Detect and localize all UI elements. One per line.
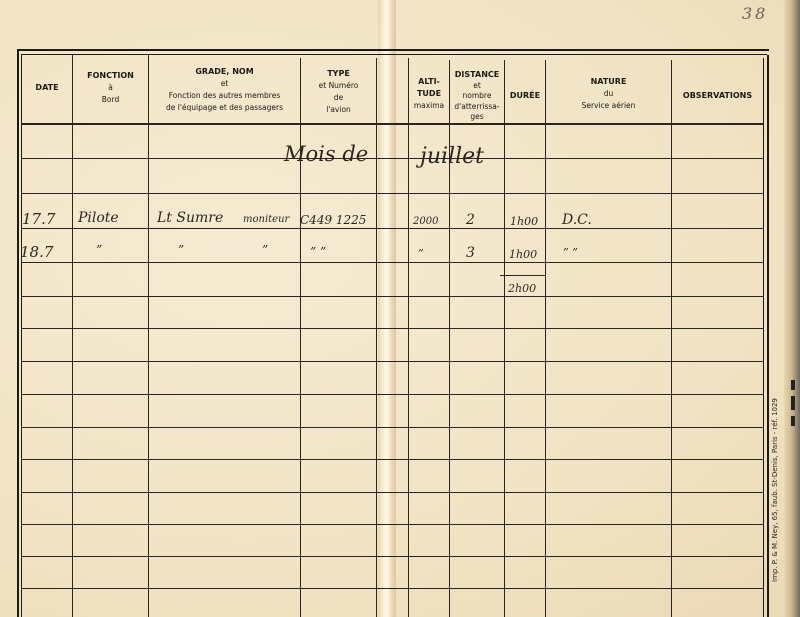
month-heading-left: Mois de	[284, 142, 368, 166]
header-fonction-line: Bord	[73, 94, 148, 106]
header-altitude-line: TUDE	[409, 88, 449, 100]
header-grade: GRADE, NOM et Fonction des autres membre…	[149, 66, 300, 114]
row-line	[22, 556, 763, 557]
header-altitude: ALTI- TUDE maxima	[409, 76, 449, 112]
book-edge	[784, 0, 800, 617]
header-type-line: de	[301, 92, 376, 104]
row1-duree: 1h00	[510, 215, 538, 228]
header-type-line: l'avion	[301, 104, 376, 116]
row-line	[22, 361, 763, 362]
row1-grade-fonction: moniteur	[243, 214, 289, 225]
row1-distance: 2	[466, 212, 475, 228]
total-underline	[500, 275, 546, 276]
frame-right	[767, 55, 769, 617]
row2-altitude: ”	[418, 247, 424, 260]
col-line-duree	[545, 60, 546, 617]
row1-date: 17.7	[22, 210, 55, 228]
row-line	[22, 492, 763, 493]
header-nature-line: NATURE	[546, 76, 671, 88]
row2-date: 18.7	[20, 243, 53, 261]
header-grade-line: GRADE, NOM	[149, 66, 300, 78]
row-line	[22, 296, 763, 297]
col-line-fonction	[148, 55, 149, 617]
row-line	[22, 228, 763, 229]
header-type-line: et Numéro	[301, 80, 376, 92]
col-line-gutter	[408, 58, 409, 617]
header-nature-line: Service aérien	[546, 100, 671, 112]
row-line	[22, 394, 763, 395]
header-fonction-line: à	[73, 82, 148, 94]
row-line	[22, 459, 763, 460]
row-line	[22, 193, 763, 194]
header-type: TYPE et Numéro de l'avion	[301, 68, 376, 116]
frame-left	[17, 49, 19, 617]
row-line	[22, 262, 763, 263]
header-distance-line: d'atterrissa-	[450, 102, 504, 113]
row2-grade-fonction: ”	[262, 243, 268, 257]
frame-left-inner	[21, 54, 22, 617]
header-date-label: DATE	[35, 83, 58, 92]
header-altitude-line: ALTI-	[409, 76, 449, 88]
header-distance-line: et	[450, 81, 504, 92]
header-fonction-line: FONCTION	[73, 70, 148, 82]
header-distance: DISTANCE et nombre d'atterrissa- ges	[450, 70, 504, 123]
frame-top	[17, 49, 769, 51]
row-line	[22, 588, 763, 589]
col-line-date	[72, 55, 73, 617]
header-rule	[22, 123, 763, 125]
row2-nature: ” ”	[563, 246, 578, 259]
row-line	[22, 524, 763, 525]
col-line-distance	[504, 60, 505, 617]
row2-grade-nom: ”	[178, 243, 184, 257]
header-fonction: FONCTION à Bord	[73, 70, 148, 106]
row-line	[22, 328, 763, 329]
header-distance-line: nombre	[450, 91, 504, 102]
header-nature: NATURE du Service aérien	[546, 76, 671, 112]
header-altitude-line: maxima	[409, 100, 449, 112]
logbook-spread: 38 DATE FONCTION à Bord GRADE, NOM et Fo…	[0, 0, 800, 617]
header-grade-line: de l'équipage et des passagers	[149, 102, 300, 114]
header-duree-label: DURÉE	[510, 91, 540, 100]
row2-type: ” ”	[310, 245, 326, 259]
row1-nature: D.C.	[562, 212, 592, 228]
col-line-type	[376, 58, 377, 617]
row-line	[22, 427, 763, 428]
frame-right-inner	[763, 58, 764, 617]
month-heading-right: juillet	[420, 144, 484, 169]
row2-fonction: ”	[96, 243, 102, 257]
row1-fonction: Pilote	[78, 210, 119, 226]
header-date: DATE	[22, 82, 72, 94]
row2-distance: 3	[466, 245, 475, 261]
printer-imprint: Imp. P. & M. Ney, 65, faub. St-Denis, Pa…	[771, 398, 779, 582]
header-observations: OBSERVATIONS	[672, 90, 763, 102]
row1-type: C449 1225	[300, 213, 366, 227]
row2-duree: 1h00	[509, 248, 537, 261]
header-grade-line: et	[149, 78, 300, 90]
row-line	[22, 158, 763, 159]
header-distance-line: ges	[450, 112, 504, 123]
header-grade-line: Fonction des autres membres	[149, 90, 300, 102]
total-duree: 2h00	[508, 282, 536, 295]
page-number: 38	[742, 4, 768, 23]
header-nature-line: du	[546, 88, 671, 100]
col-line-nature	[671, 60, 672, 617]
header-type-line: TYPE	[301, 68, 376, 80]
header-observations-label: OBSERVATIONS	[683, 91, 752, 100]
header-duree: DURÉE	[505, 90, 545, 102]
row1-altitude: 2000	[413, 216, 438, 227]
row1-grade-nom: Lt Sumre	[157, 210, 223, 226]
header-distance-line: DISTANCE	[450, 70, 504, 81]
frame-top-inner	[21, 54, 767, 55]
